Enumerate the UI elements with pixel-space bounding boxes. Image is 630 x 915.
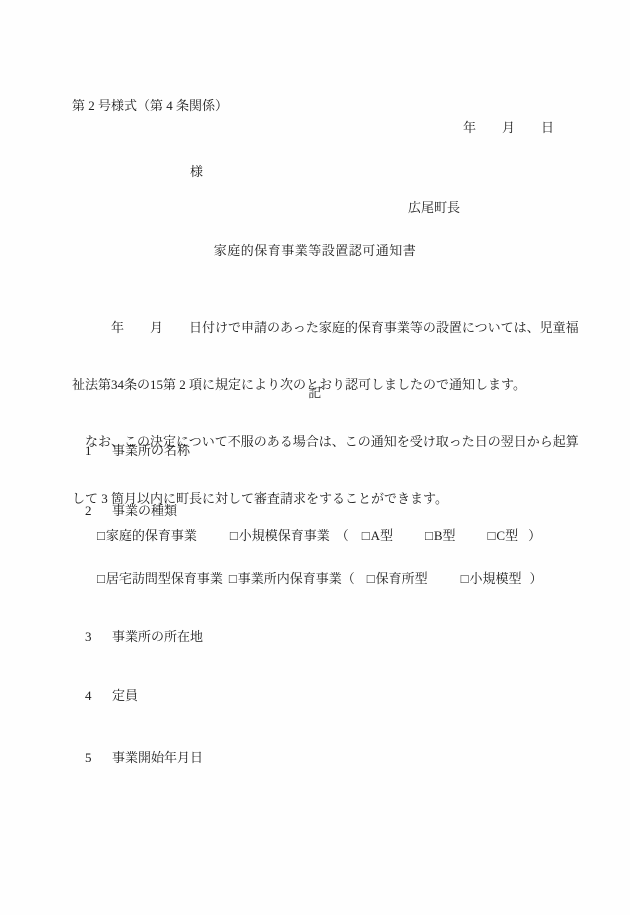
item-5-start-date: 5事業開始年月日	[72, 731, 203, 785]
checkbox-icon: □	[461, 571, 469, 586]
checkbox-label: 小規模型	[470, 571, 522, 586]
checkbox-icon: □	[425, 528, 433, 543]
checkbox-label: 小規模保育事業	[239, 528, 330, 543]
item-number: 5	[85, 749, 112, 767]
checkbox-icon: □	[229, 571, 237, 586]
checkbox-icon: □	[97, 528, 105, 543]
checkbox-label: 居宅訪問型保育事業	[106, 571, 223, 586]
paren-open: （	[336, 527, 349, 545]
checkbox-option-kyotaku-homon: □居宅訪問型保育事業	[97, 570, 223, 588]
paren-close: ）	[528, 527, 541, 545]
business-type-row-2: □居宅訪問型保育事業 □事業所内保育事業 （ □保育所型 □小規模型 ）	[97, 570, 543, 588]
checkbox-icon: □	[362, 528, 370, 543]
checkbox-option-kateiteki-hoiku: □家庭的保育事業	[97, 527, 197, 545]
item-number: 4	[85, 687, 112, 705]
checkbox-label: C型	[496, 528, 518, 543]
item-label: 事業の種類	[112, 503, 177, 518]
item-1-office-name: 1事業所の名称	[72, 424, 190, 478]
form-number: 第 2 号様式（第 4 条関係）	[72, 97, 228, 115]
item-4-capacity: 4定員	[72, 669, 138, 723]
checkbox-option-hoikusho-gata: □保育所型	[367, 570, 428, 588]
document-page: 第 2 号様式（第 4 条関係） 年 月 日 様 広尾町長 家庭的保育事業等設置…	[0, 0, 630, 915]
checkbox-icon: □	[367, 571, 375, 586]
item-number: 1	[85, 442, 112, 460]
item-label: 定員	[112, 688, 138, 703]
checkbox-label: 家庭的保育事業	[106, 528, 197, 543]
checkbox-label: B型	[434, 528, 456, 543]
checkbox-option-c-gata: □C型	[488, 527, 519, 545]
ki-marker: 記	[0, 384, 630, 402]
business-type-row-1: □家庭的保育事業 □小規模保育事業 （ □A型 □B型 □C型 ）	[97, 527, 541, 545]
body-line: 年 月 日付けで申請のあった家庭的保育事業等の設置については、児童福	[72, 317, 579, 338]
addressee-suffix: 様	[190, 163, 203, 181]
item-3-office-location: 3事業所の所在地	[72, 610, 203, 664]
document-title: 家庭的保育事業等設置認可通知書	[0, 242, 630, 260]
item-number: 3	[85, 628, 112, 646]
item-label: 事業所の名称	[112, 443, 190, 458]
item-label: 事業開始年月日	[112, 750, 203, 765]
item-label: 事業所の所在地	[112, 629, 203, 644]
checkbox-icon: □	[97, 571, 105, 586]
checkbox-option-jigyoshonai: □事業所内保育事業	[229, 570, 342, 588]
checkbox-label: A型	[371, 528, 393, 543]
checkbox-option-shokibo-hoiku: □小規模保育事業	[230, 527, 330, 545]
checkbox-icon: □	[488, 528, 496, 543]
date-line: 年 月 日	[463, 119, 554, 137]
checkbox-icon: □	[230, 528, 238, 543]
checkbox-label: 保育所型	[376, 571, 428, 586]
sender-name: 広尾町長	[408, 199, 460, 217]
paren-close: ）	[530, 570, 543, 588]
checkbox-option-b-gata: □B型	[425, 527, 456, 545]
checkbox-option-a-gata: □A型	[362, 527, 393, 545]
item-number: 2	[85, 502, 112, 520]
checkbox-label: 事業所内保育事業	[238, 571, 342, 586]
paren-open: （	[342, 570, 355, 588]
checkbox-option-shokibo-gata: □小規模型	[461, 570, 522, 588]
